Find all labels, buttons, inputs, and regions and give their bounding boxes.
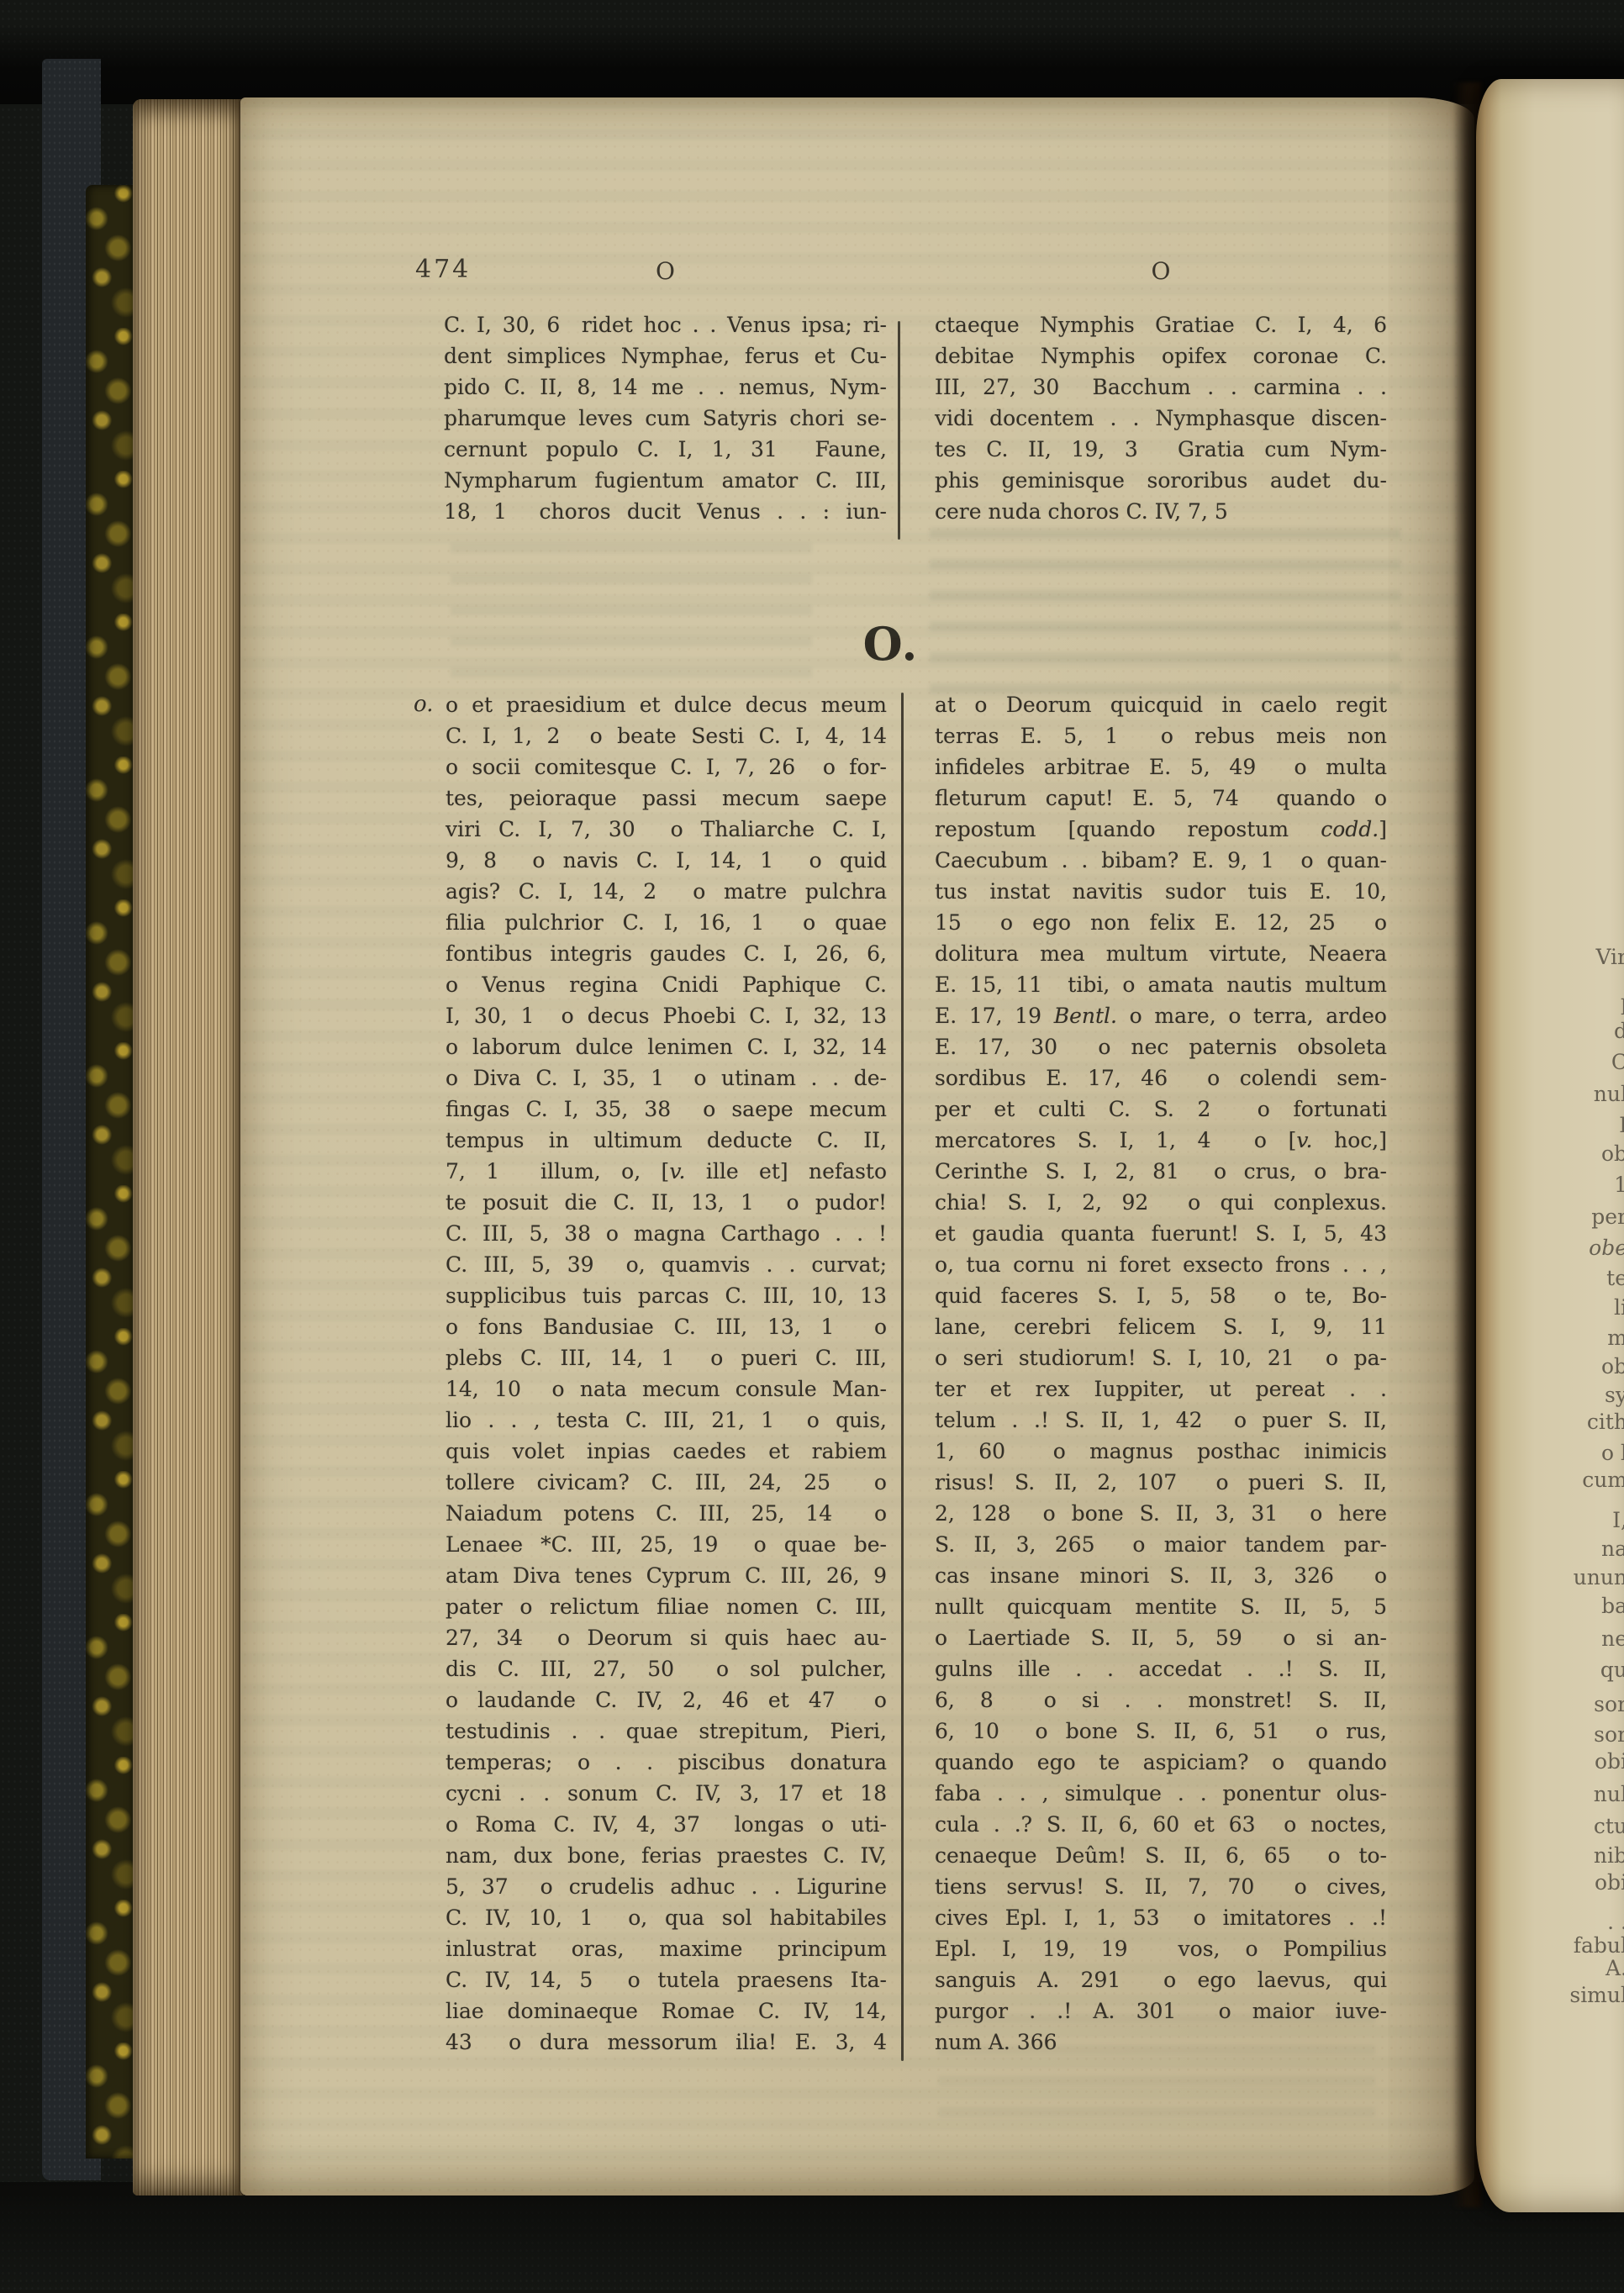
text-line: pharumque leves cum Satyris chori se- — [444, 403, 887, 434]
text-line: filia pulchrior C. I, 16, 1 o quae — [446, 907, 887, 938]
text-line: fleturum caput! E. 5, 74 quando o — [935, 783, 1387, 814]
text-line: debitae Nymphis opifex coronae C. — [935, 340, 1387, 372]
text-line: fontibus integris gaudes C. I, 26, 6, — [446, 938, 887, 969]
text-line: faba . . , simulque . . ponentur olus- — [935, 1778, 1387, 1809]
text-line: I, 30, 1 o decus Phoebi C. I, 32, 13 — [446, 1000, 887, 1031]
next-page-text-fragment: obi — [1595, 1870, 1624, 1895]
next-page-text-fragment: ob — [1601, 1354, 1624, 1379]
next-page-text-fragment: obe — [1589, 1236, 1624, 1261]
text-line: 15 o ego non felix E. 12, 25 o — [935, 907, 1387, 938]
text-line: lane, cerebri felicem S. I, 9, 11 — [935, 1311, 1387, 1342]
section-heading: O. — [841, 617, 941, 671]
next-page-text-fragment: o l — [1601, 1441, 1624, 1466]
next-page-text-fragment: na — [1601, 1537, 1624, 1562]
text-line: inlustrat oras, maxime principum — [446, 1933, 887, 1964]
text-line: quis volet inpias caedes et rabiem — [446, 1436, 887, 1467]
page-stack-edge — [133, 99, 244, 2195]
next-page-text-fragment: C — [1611, 1050, 1624, 1075]
text-line: pater o relictum filiae nomen C. III, — [446, 1591, 887, 1622]
text-line: 7, 1 illum, o, [v. ille et] nefasto — [446, 1156, 887, 1187]
next-page-text-fragment: I — [1619, 1113, 1624, 1138]
text-line: risus! S. II, 2, 107 o pueri S. II, — [935, 1467, 1387, 1498]
text-line: Lenaee *C. III, 25, 19 o quae be- — [446, 1529, 887, 1560]
text-line: C. III, 5, 39 o, quamvis . . curvat; — [446, 1249, 887, 1280]
next-page-text-fragment: 1 — [1614, 1173, 1624, 1198]
next-page-text-fragment: obi — [1595, 1749, 1624, 1774]
text-line: cula . .? S. II, 6, 60 et 63 o noctes, — [935, 1809, 1387, 1840]
text-line: supplicibus tuis parcas C. III, 10, 13 — [446, 1280, 887, 1311]
text-line: 18, 1 choros ducit Venus . . : iun- — [444, 496, 887, 527]
text-line: cycni . . sonum C. IV, 3, 17 et 18 — [446, 1778, 887, 1809]
text-line: S. II, 3, 265 o maior tandem par- — [935, 1529, 1387, 1560]
next-page-text-fragment: te — [1606, 1266, 1624, 1291]
text-line: gulns ille . . accedat . .! S. II, — [935, 1653, 1387, 1684]
text-line: Cerinthe S. I, 2, 81 o crus, o bra- — [935, 1156, 1387, 1187]
text-line: dis C. III, 27, 50 o sol pulcher, — [446, 1653, 887, 1684]
text-line: o laudande C. IV, 2, 46 et 47 o — [446, 1684, 887, 1716]
text-line: nam, dux bone, ferias praestes C. IV, — [446, 1840, 887, 1871]
text-line: Naiadum potens C. III, 25, 14 o — [446, 1498, 887, 1529]
ink-showthrough-patch — [451, 543, 812, 686]
running-head-right: O — [935, 257, 1387, 286]
text-line: 6, 10 o bone S. II, 6, 51 o rus, — [935, 1716, 1387, 1747]
text-line: o, tua cornu ni foret exsecto frons . . … — [935, 1249, 1387, 1280]
next-page-text-fragment: m — [1607, 1326, 1624, 1351]
next-page-text-fragment: cum — [1582, 1468, 1624, 1493]
text-line: C. I, 1, 2 o beate Sesti C. I, 4, 14 — [446, 720, 887, 751]
ink-showthrough-patch — [930, 528, 1400, 696]
text-line: tes C. II, 19, 3 Gratia cum Nym- — [935, 434, 1387, 465]
text-line: sanguis A. 291 o ego laevus, qui — [935, 1964, 1387, 1995]
text-line: III, 27, 30 Bacchum . . carmina . . — [935, 372, 1387, 403]
next-page-text-fragment: sy — [1605, 1383, 1624, 1408]
text-line: E. 15, 11 tibi, o amata nautis multum — [935, 969, 1387, 1000]
next-page-text-fragment: d — [1614, 1019, 1624, 1044]
next-page-text-fragment: sor — [1594, 1692, 1624, 1717]
text-line: liae dominaeque Romae C. IV, 14, — [446, 1995, 887, 2027]
text-line: quando ego te aspiciam? o quando — [935, 1747, 1387, 1778]
next-page-text-fragment: li — [1614, 1295, 1624, 1320]
text-line: C. IV, 10, 1 o, qua sol habitabiles — [446, 1902, 887, 1933]
next-page-text-fragment: ob — [1601, 1141, 1624, 1167]
text-line: lio . . , testa C. III, 21, 1 o quis, — [446, 1405, 887, 1436]
top-section-left-column: C. I, 30, 6 ridet hoc . . Venus ipsa; ri… — [444, 309, 887, 527]
text-line: fingas C. I, 35, 38 o saepe mecum — [446, 1094, 887, 1125]
next-page-edge: VirldCnulIob1perobetelimobsycitho lcumI,… — [1476, 79, 1624, 2212]
text-line: tollere civicam? C. III, 24, 25 o — [446, 1467, 887, 1498]
next-page-text-fragment: . . — [1607, 1910, 1624, 1935]
text-line: 1, 60 o magnus posthac inimicis — [935, 1436, 1387, 1467]
text-line: 2, 128 o bone S. II, 3, 31 o here — [935, 1498, 1387, 1529]
text-line: dolitura mea multum virtute, Neaera — [935, 938, 1387, 969]
text-line: per et culti C. S. 2 o fortunati — [935, 1094, 1387, 1125]
text-line: o socii comitesque C. I, 7, 26 o for- — [446, 751, 887, 783]
next-page-text-fragment: ne — [1601, 1626, 1624, 1652]
text-line: temperas; o . . piscibus donatura — [446, 1747, 887, 1778]
text-line: repostum [quando repostum codd.] — [935, 814, 1387, 845]
text-line: dent simplices Nymphae, ferus et Cu- — [444, 340, 887, 372]
next-page-text-fragment: cith — [1587, 1410, 1624, 1435]
bottom-edge-shadow — [0, 2182, 1624, 2293]
next-page-text-fragment: nul — [1594, 1782, 1624, 1807]
next-page-text-fragment: per — [1591, 1204, 1624, 1230]
text-line: telum . .! S. II, 1, 42 o puer S. II, — [935, 1405, 1387, 1436]
text-line: C. IV, 14, 5 o tutela praesens Ita- — [446, 1964, 887, 1995]
text-line: infideles arbitrae E. 5, 49 o multa — [935, 751, 1387, 783]
text-line: cernunt populo C. I, 1, 31 Faune, — [444, 434, 887, 465]
text-line: 9, 8 o navis C. I, 14, 1 o quid — [446, 845, 887, 876]
text-line: te posuit die C. II, 13, 1 o pudor! — [446, 1187, 887, 1218]
text-line: 6, 8 o si . . monstret! S. II, — [935, 1684, 1387, 1716]
text-line: terras E. 5, 1 o rebus meis non — [935, 720, 1387, 751]
entry-right-column: at o Deorum quicquid in caelo regitterra… — [935, 689, 1387, 2058]
text-line: 14, 10 o nata mecum consule Man- — [446, 1373, 887, 1405]
text-line: ctaeque Nymphis Gratiae C. I, 4, 6 — [935, 309, 1387, 340]
next-page-text-fragment: A. — [1606, 1956, 1624, 1981]
text-line: o seri studiorum! S. I, 10, 21 o pa- — [935, 1342, 1387, 1373]
next-page-text-fragment: I, — [1612, 1508, 1624, 1533]
running-head-left: O — [444, 257, 887, 286]
next-page-text-fragment: unun — [1574, 1565, 1624, 1590]
top-section-right-column: ctaeque Nymphis Gratiae C. I, 4, 6debita… — [935, 309, 1387, 527]
text-line: o Roma C. IV, 4, 37 longas o uti- — [446, 1809, 887, 1840]
next-page-text-fragment: nib — [1594, 1843, 1624, 1869]
text-line: at o Deorum quicquid in caelo regit — [935, 689, 1387, 720]
text-line: tus instat navitis sudor tuis E. 10, — [935, 876, 1387, 907]
text-line: vidi docentem . . Nymphasque discen- — [935, 403, 1387, 434]
text-line: o et praesidium et dulce decus meum — [446, 689, 887, 720]
text-line: nullt quicquam mentite S. II, 5, 5 — [935, 1591, 1387, 1622]
text-line: Caecubum . . bibam? E. 9, 1 o quan- — [935, 845, 1387, 876]
text-line: C. I, 30, 6 ridet hoc . . Venus ipsa; ri… — [444, 309, 887, 340]
text-line: o Venus regina Cnidi Paphique C. — [446, 969, 887, 1000]
text-line: sordibus E. 17, 46 o colendi sem- — [935, 1062, 1387, 1094]
text-line: o laborum dulce lenimen C. I, 32, 14 — [446, 1031, 887, 1062]
text-line: E. 17, 19 Bentl. o mare, o terra, ardeo — [935, 1000, 1387, 1031]
text-line: o Laertiade S. II, 5, 59 o si an- — [935, 1622, 1387, 1653]
next-page-text-fragment: qu — [1600, 1658, 1624, 1683]
entry-left-column: o et praesidium et dulce decus meumC. I,… — [446, 689, 887, 2058]
entry-lemma: o. — [414, 689, 433, 720]
text-line: Epl. I, 19, 19 vos, o Pompilius — [935, 1933, 1387, 1964]
text-line: chia! S. I, 2, 92 o qui conplexus. — [935, 1187, 1387, 1218]
text-line: purgor . .! A. 301 o maior iuve- — [935, 1995, 1387, 2027]
text-line: tempus in ultimum deducte C. II, — [446, 1125, 887, 1156]
text-line: cenaeque Deûm! S. II, 6, 65 o to- — [935, 1840, 1387, 1871]
text-line: tes, peioraque passi mecum saepe — [446, 783, 887, 814]
text-line: C. III, 5, 38 o magna Carthago . . ! — [446, 1218, 887, 1249]
next-page-text-fragment: simul — [1569, 1983, 1624, 2008]
text-line: mercatores S. I, 1, 4 o [v. hoc,] — [935, 1125, 1387, 1156]
text-line: 43 o dura messorum ilia! E. 3, 4 — [446, 2027, 887, 2058]
next-page-text-fragment: sor — [1594, 1722, 1624, 1747]
text-line: 5, 37 o crudelis adhuc . . Ligurine — [446, 1871, 887, 1902]
text-line: phis geminisque sororibus audet du- — [935, 465, 1387, 496]
text-line: et gaudia quanta fuerunt! S. I, 5, 43 — [935, 1218, 1387, 1249]
text-line: o fons Bandusiae C. III, 13, 1 o — [446, 1311, 887, 1342]
column-divider-main — [901, 693, 904, 2061]
text-line: Nympharum fugientum amator C. III, — [444, 465, 887, 496]
next-page-text-fragment: ba — [1601, 1594, 1624, 1619]
text-line: cas insane minori S. II, 3, 326 o — [935, 1560, 1387, 1591]
text-line: 27, 34 o Deorum si quis haec au- — [446, 1622, 887, 1653]
text-line: E. 17, 30 o nec paternis obsoleta — [935, 1031, 1387, 1062]
text-line: cives Epl. I, 1, 53 o imitatores . .! — [935, 1902, 1387, 1933]
text-line: o Diva C. I, 35, 1 o utinam . . de- — [446, 1062, 887, 1094]
top-edge-shadow — [0, 24, 1624, 104]
next-page-text-fragment: nul — [1594, 1082, 1624, 1107]
text-line: plebs C. III, 14, 1 o pueri C. III, — [446, 1342, 887, 1373]
text-line: atam Diva tenes Cyprum C. III, 26, 9 — [446, 1560, 887, 1591]
text-line: agis? C. I, 14, 2 o matre pulchra — [446, 876, 887, 907]
text-line: cere nuda choros C. IV, 7, 5 — [935, 496, 1387, 527]
column-divider-top — [898, 321, 900, 540]
text-line: ter et rex Iuppiter, ut pereat . . — [935, 1373, 1387, 1405]
marbled-cover-strip — [86, 185, 140, 2159]
text-line: tiens servus! S. II, 7, 70 o cives, — [935, 1871, 1387, 1902]
text-line: pido C. II, 8, 14 me . . nemus, Nym- — [444, 372, 887, 403]
text-line: quid faceres S. I, 5, 58 o te, Bo- — [935, 1280, 1387, 1311]
next-page-text-fragment: fabul — [1574, 1933, 1624, 1958]
next-page-text-fragment: l — [1621, 995, 1624, 1020]
book-photo: 474 O O C. I, 30, 6 ridet hoc . . Venus … — [0, 0, 1624, 2293]
book-page: 474 O O C. I, 30, 6 ridet hoc . . Venus … — [240, 98, 1474, 2195]
next-page-text-fragment: Vir — [1595, 945, 1624, 970]
next-page-text-fragment: ctu — [1594, 1814, 1624, 1839]
text-line: testudinis . . quae strepitum, Pieri, — [446, 1716, 887, 1747]
text-line: num A. 366 — [935, 2027, 1387, 2058]
text-line: viri C. I, 7, 30 o Thaliarche C. I, — [446, 814, 887, 845]
